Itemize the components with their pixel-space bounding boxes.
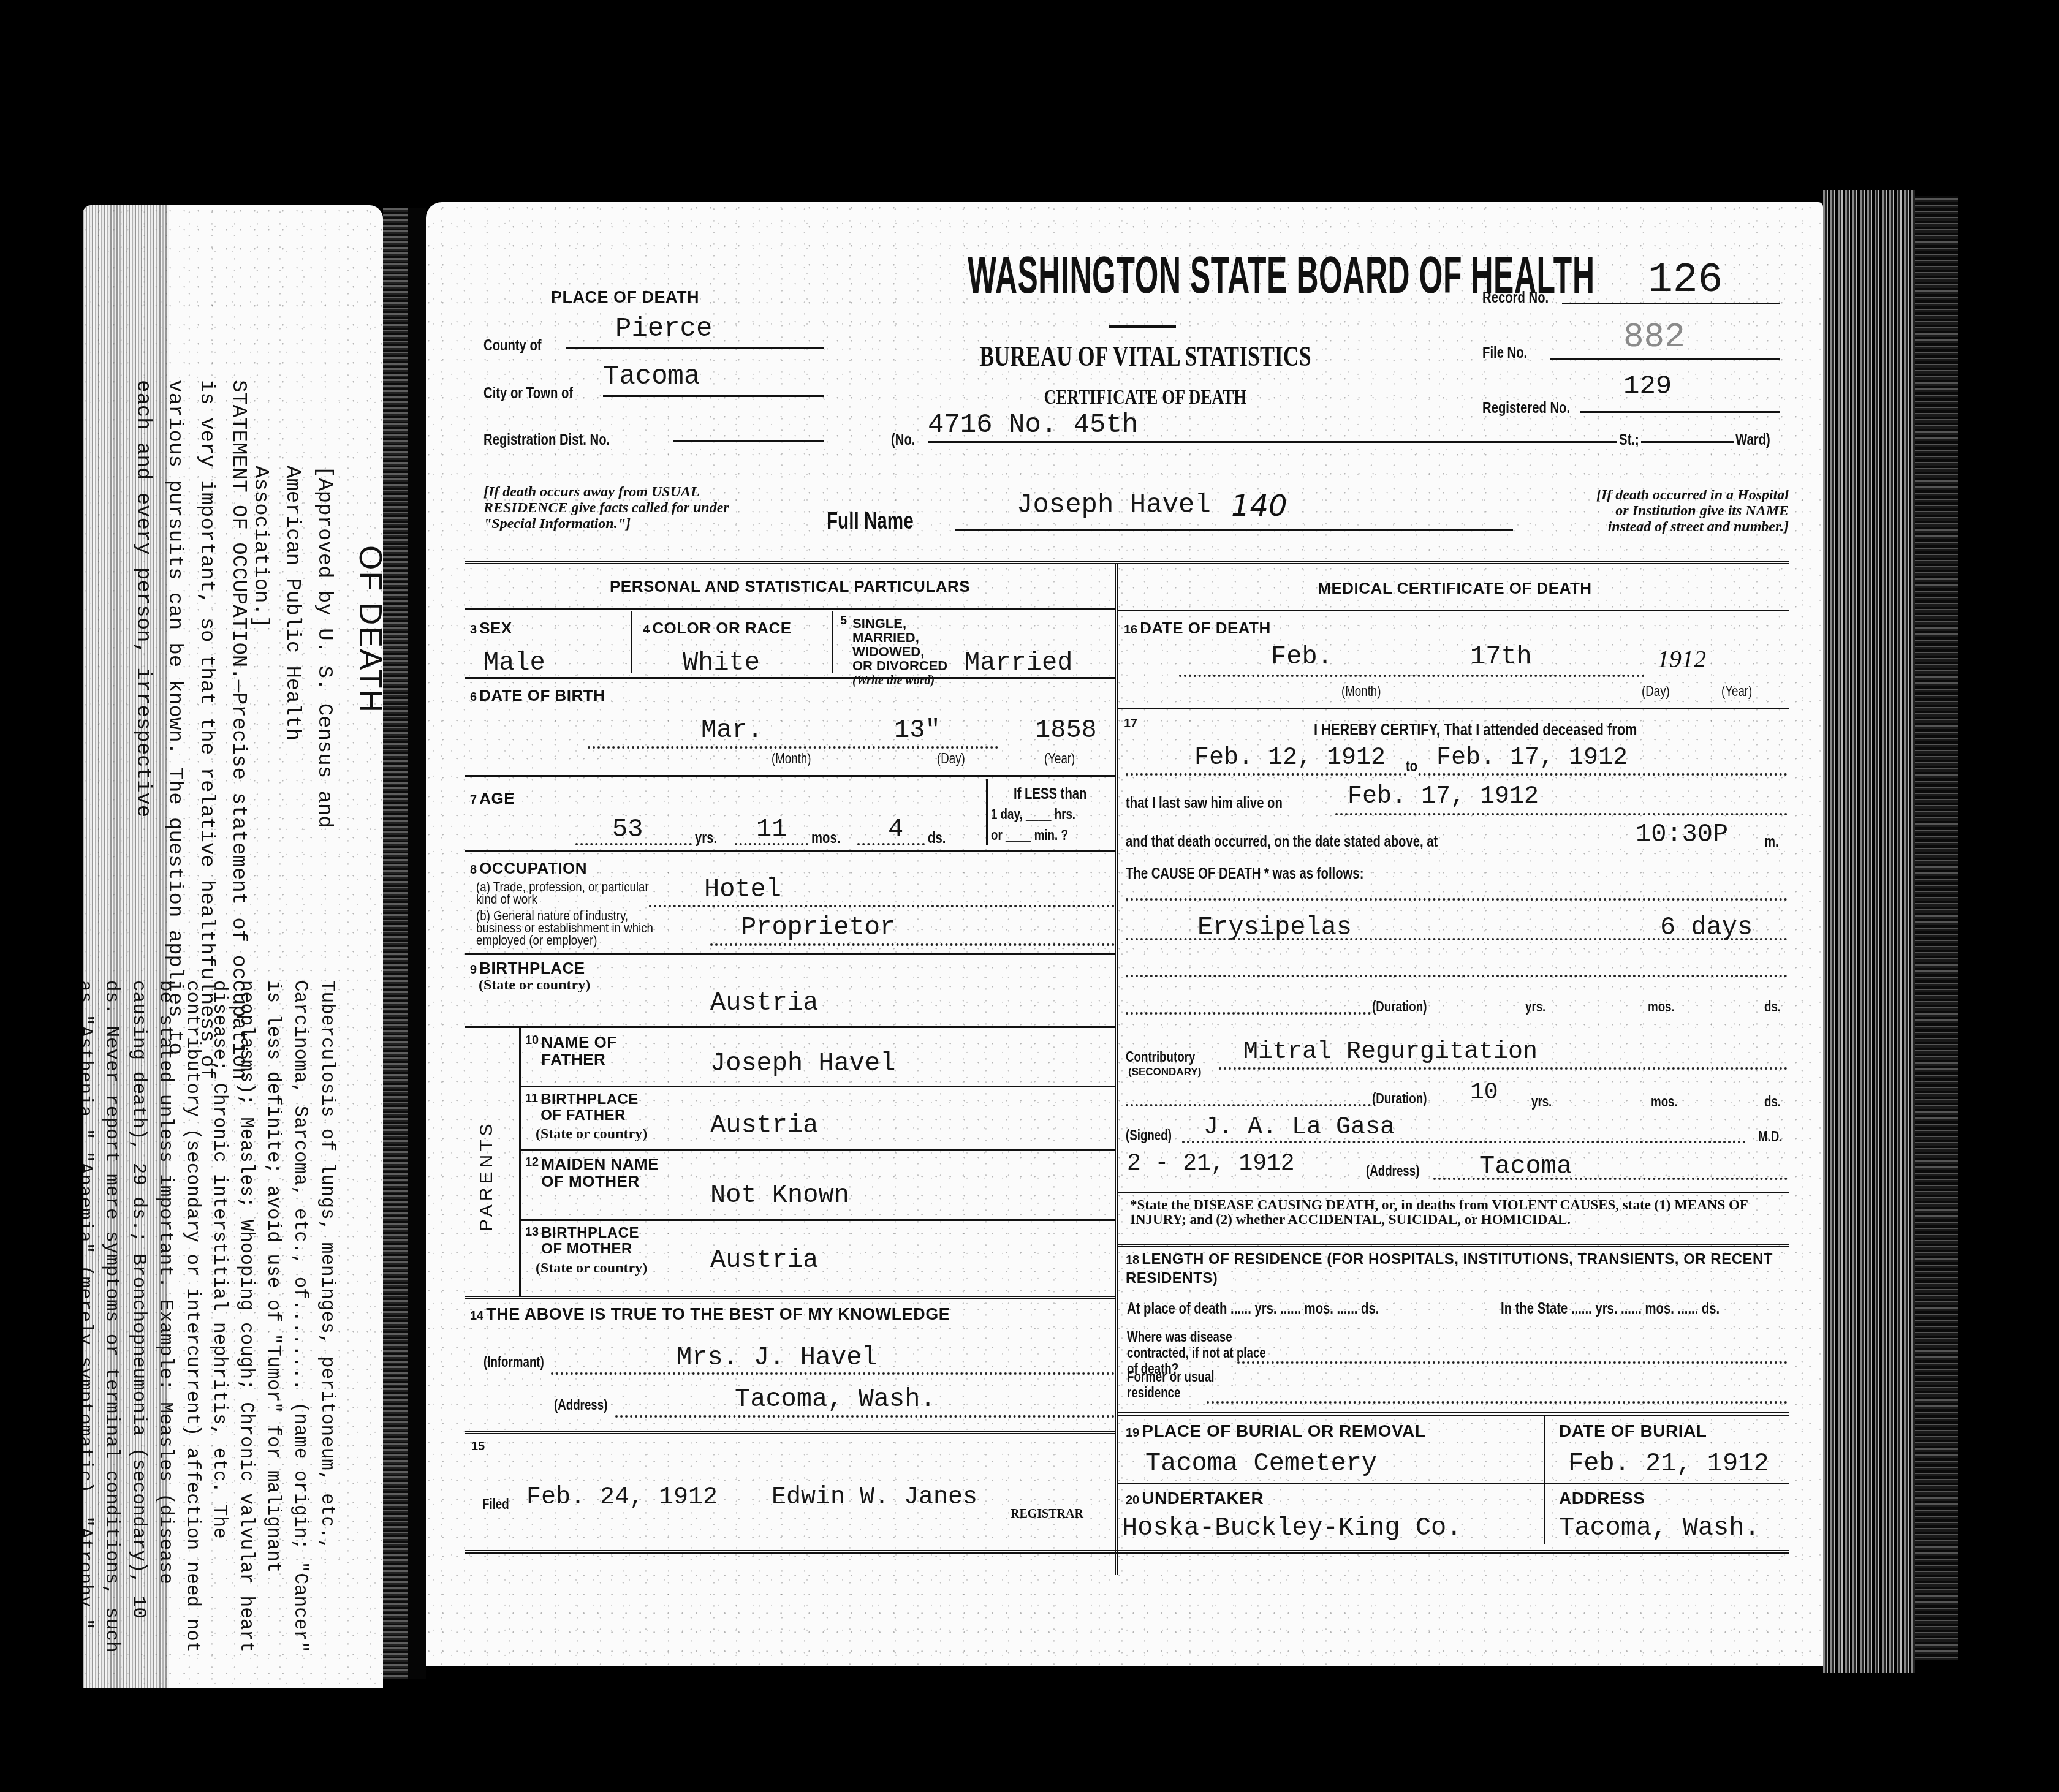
street-value: 4716 No. 45th: [928, 410, 1138, 440]
occupation-label: OCCUPATION: [479, 859, 587, 877]
rule: [1118, 610, 1789, 611]
file-value: 882: [1623, 317, 1685, 357]
death-month-caption: (Month): [1341, 683, 1381, 700]
hospital-note: [If death occurred in a Hospital or Inst…: [1587, 487, 1789, 535]
cause-footnote: *State the DISEASE CAUSING DEATH, or, in…: [1130, 1198, 1786, 1227]
rule: [465, 775, 1115, 777]
city-field: Tacoma: [603, 366, 824, 397]
field-number: 17: [1124, 717, 1137, 731]
field-number: 15: [471, 1440, 485, 1454]
county-label: County of: [483, 336, 542, 355]
burial-label: PLACE OF BURIAL OR REMOVAL: [1142, 1421, 1425, 1440]
rule: [465, 1431, 1115, 1434]
street-suffix: St.;: [1617, 430, 1641, 449]
mother-birthplace-value: Austria: [710, 1246, 818, 1275]
residence-label: LENGTH OF RESIDENCE (FOR HOSPITALS, INST…: [1126, 1251, 1773, 1287]
place-of-death-heading: PLACE OF DEATH: [551, 288, 699, 307]
burial-date: Feb. 21, 1912: [1568, 1449, 1769, 1478]
duration-ds-2: ds.: [1764, 1094, 1781, 1111]
rule: [631, 611, 632, 673]
rule: [1544, 1415, 1545, 1544]
occupation-box: 8 OCCUPATION: [470, 859, 587, 878]
cause-line-3: [1126, 971, 1788, 977]
mos-label: mos.: [811, 828, 840, 847]
ds-label: ds.: [928, 828, 946, 847]
primary-cause: Erysipelas: [1197, 913, 1352, 942]
street-prefix: (No.: [891, 430, 915, 449]
mother-birthplace-sub: (State or country): [536, 1260, 647, 1277]
undertaker-address-label: ADDRESS: [1559, 1489, 1645, 1508]
yrs-label: yrs.: [695, 828, 717, 847]
marital-value: Married: [965, 648, 1072, 678]
full-name-value: Joseph Havel: [1017, 490, 1211, 521]
cause-line-1: [1126, 894, 1788, 901]
signed-suffix: M.D.: [1758, 1129, 1783, 1146]
reg-dist-field: [673, 417, 824, 442]
duration-line-2: [1126, 1091, 1371, 1106]
birthplace-label: BIRTHPLACE: [479, 959, 585, 977]
title-rule: [1109, 325, 1176, 328]
field-number: 16: [1124, 623, 1137, 637]
duration-mos: mos.: [1648, 999, 1675, 1016]
gutter-texture: [383, 208, 408, 1679]
county-field: Pierce: [566, 319, 824, 349]
residence-in-state: In the State ...... yrs. ...... mos. ...…: [1501, 1299, 1720, 1318]
primary-duration: 6 days: [1660, 913, 1753, 942]
left-instruction-strip: OF DEATH [Approved by U. S. Census and A…: [83, 205, 383, 1688]
undertaker-box: 20 UNDERTAKER: [1126, 1489, 1264, 1508]
field-number: 4: [643, 623, 650, 637]
death-date-line: [1179, 652, 1645, 677]
death-time: 10:30P: [1636, 820, 1728, 849]
page-stack-edge: [1823, 190, 1915, 1673]
occupation-a-label: (a) Trade, profession, or particular kin…: [476, 881, 653, 905]
residence-at-place: At place of death ...... yrs. ...... mos…: [1127, 1299, 1379, 1318]
rule: [519, 1026, 521, 1296]
record-value: 126: [1648, 257, 1723, 304]
death-month: Feb.: [1271, 642, 1333, 671]
rule: [986, 779, 988, 845]
full-name-field: Joseph Havel 140: [955, 491, 1513, 531]
filed-label: Filed: [482, 1496, 509, 1513]
center-divider: [1115, 564, 1118, 1575]
less-than-title: If LESS than: [1014, 784, 1086, 803]
personal-heading: PERSONAL AND STATISTICAL PARTICULARS: [465, 577, 1115, 596]
city-value: Tacoma: [603, 361, 700, 392]
county-value: Pierce: [615, 314, 712, 344]
away-residence-note: [If death occurs away from USUAL RESIDEN…: [483, 484, 735, 532]
dob-month-caption: (Month): [772, 750, 811, 768]
death-date-label: DATE OF DEATH: [1140, 619, 1271, 637]
time-label: and that death occurred, on the date sta…: [1126, 832, 1438, 851]
informant-box: 14 THE ABOVE IS TRUE TO THE BEST OF MY K…: [470, 1305, 950, 1324]
cause-label: The CAUSE OF DEATH * was as follows:: [1126, 864, 1363, 883]
bureau-title: BUREAU OF VITAL STATISTICS: [906, 340, 1384, 372]
dob-day: 13": [894, 716, 941, 745]
field-number: 18: [1126, 1253, 1139, 1267]
rule: [1118, 1192, 1789, 1193]
duration-label: (Duration): [1372, 999, 1427, 1016]
board-title: WASHINGTON STATE BOARD OF HEALTH: [968, 245, 1323, 306]
certificate-form: PLACE OF DEATH County of Pierce City or …: [463, 202, 1786, 1605]
rule: [519, 1149, 1115, 1151]
death-year: 1912: [1657, 645, 1706, 673]
bottom-divider: [465, 1550, 1789, 1554]
informant-label: (Informant): [483, 1354, 544, 1371]
contributory-sub: (SECONDARY): [1128, 1066, 1201, 1078]
field-number: 10: [525, 1034, 539, 1047]
rotated-instructions: OF DEATH [Approved by U. S. Census and A…: [89, 227, 377, 1666]
undertaker-label: UNDERTAKER: [1142, 1489, 1264, 1508]
age-years: 53: [612, 815, 643, 844]
signed-label: (Signed): [1126, 1127, 1172, 1144]
marital-label-2: MARRIED,: [852, 630, 947, 645]
certify-intro: I HEREBY CERTIFY, That I attended deceas…: [1314, 720, 1637, 739]
age-box: 7 AGE: [470, 789, 515, 808]
occupation-statement: STATEMENT OF OCCUPATION.—Precise stateme…: [127, 380, 254, 1084]
dob-year: 1858: [1035, 716, 1097, 745]
duration-line: [1126, 999, 1371, 1015]
parents-label: PARENTS: [476, 1121, 497, 1231]
ward-suffix: Ward): [1734, 430, 1772, 449]
mother-birthplace-label: BIRTHPLACE OF MOTHER: [541, 1225, 664, 1257]
father-birthplace-value: Austria: [710, 1111, 818, 1140]
informant-address-label: (Address): [554, 1397, 607, 1414]
rule: [465, 677, 1115, 679]
certificate-page: PLACE OF DEATH County of Pierce City or …: [426, 202, 1823, 1666]
last-seen-label: that I last saw him alive on: [1126, 793, 1283, 812]
record-label: Record No.: [1482, 288, 1549, 307]
duration-mos-2: mos.: [1651, 1094, 1678, 1111]
duration-label-2: (Duration): [1372, 1091, 1427, 1108]
death-year-caption: (Year): [1721, 683, 1752, 700]
medical-heading: MEDICAL CERTIFICATE OF DEATH: [1121, 579, 1789, 598]
field-number: 13: [525, 1225, 539, 1239]
occupation-b-label: (b) General nature of industry, business…: [476, 910, 664, 947]
field-number: 14: [470, 1309, 483, 1323]
duration-yrs: yrs.: [1525, 999, 1545, 1016]
last-seen-date: Feb. 17, 1912: [1348, 783, 1539, 811]
mother-name-value: Not Known: [710, 1181, 849, 1210]
full-name-label: Full Name: [827, 508, 914, 535]
race-box: 4 COLOR OR RACE: [643, 619, 792, 638]
contributory-duration-years: 10: [1470, 1079, 1498, 1106]
birthplace-value: Austria: [710, 988, 818, 1018]
dob-label: DATE OF BIRTH: [479, 686, 605, 705]
rule: [1118, 1483, 1789, 1484]
burial-place: Tacoma Cemetery: [1145, 1449, 1377, 1478]
registered-field: 129: [1580, 374, 1780, 413]
signed-address-label: (Address): [1366, 1163, 1419, 1180]
cause-instructions: Tuberculosis of lungs, meninges, periton…: [83, 980, 340, 1654]
sex-value: Male: [483, 648, 545, 678]
occupation-b-value: Proprietor: [741, 913, 895, 942]
duration-ds: ds.: [1764, 999, 1781, 1016]
field-number: 5: [840, 614, 847, 627]
death-date-box: 16 DATE OF DEATH: [1124, 619, 1271, 638]
dob-day-caption: (Day): [937, 750, 965, 768]
signed-address: Tacoma: [1479, 1152, 1572, 1181]
rule: [465, 953, 1115, 955]
header-divider: [465, 561, 1789, 564]
undertaker-name: Hoska-Buckley-King Co.: [1122, 1513, 1462, 1543]
to-label: to: [1406, 757, 1417, 776]
rule: [465, 1026, 1115, 1028]
age-days: 4: [888, 815, 903, 844]
rule: [465, 608, 1115, 610]
field-number: 11: [525, 1092, 538, 1105]
approved-note: [Approved by U. S. Census and American P…: [245, 466, 340, 894]
record-field: 126: [1562, 260, 1780, 304]
informant-heading: THE ABOVE IS TRUE TO THE BEST OF MY KNOW…: [486, 1305, 950, 1323]
death-day-caption: (Day): [1642, 683, 1670, 700]
father-birthplace-sub: (State or country): [536, 1126, 647, 1143]
race-value: White: [683, 648, 760, 678]
race-label: COLOR OR RACE: [652, 619, 792, 637]
registrar-label: REGISTRAR: [1011, 1507, 1083, 1521]
death-day: 17th: [1470, 642, 1532, 671]
age-months: 11: [756, 815, 787, 844]
registered-label: Registered No.: [1482, 398, 1570, 417]
birthplace-sub: (State or country): [479, 977, 590, 994]
filed-date: Feb. 24, 1912: [526, 1484, 718, 1511]
father-birthplace-label: BIRTHPLACE OF FATHER: [540, 1092, 663, 1124]
occupation-a-value: Hotel: [704, 875, 781, 904]
father-name-value: Joseph Havel: [710, 1049, 895, 1078]
mother-birthplace-box: 13 BIRTHPLACE OF MOTHER: [525, 1225, 664, 1257]
field-number: 7: [470, 793, 477, 807]
reg-dist-label: Registration Dist. No.: [483, 430, 610, 449]
field-number: 8: [470, 863, 477, 877]
contracted-line: [1237, 1348, 1788, 1364]
dob-year-caption: (Year): [1044, 750, 1075, 768]
marital-label-4: OR DIVORCED: [852, 659, 947, 673]
registrar-name: Edwin W. Janes: [772, 1484, 977, 1511]
father-name-label: NAME OF FATHER: [541, 1034, 651, 1068]
rule: [832, 611, 833, 673]
strip-heading: OF DEATH: [354, 545, 383, 714]
birthplace-box: 9 BIRTHPLACE: [470, 959, 585, 978]
rule: [519, 1086, 1115, 1087]
rule: [1118, 708, 1789, 709]
attended-from: Feb. 12, 1912: [1194, 744, 1386, 772]
age-label: AGE: [479, 789, 515, 807]
signed-date: 2 - 21, 1912: [1127, 1151, 1295, 1177]
undertaker-address: Tacoma, Wash.: [1559, 1513, 1760, 1543]
burial-box: 19 PLACE OF BURIAL OR REMOVAL: [1126, 1421, 1425, 1441]
less-than-hours: 1 day, ____ hrs.: [991, 806, 1075, 823]
certificate-title: CERTIFICATE OF DEATH: [900, 386, 1390, 409]
less-than-min: or ____ min. ?: [991, 827, 1068, 844]
mother-name-box: 12 MAIDEN NAME OF MOTHER: [525, 1155, 664, 1190]
field-number: 19: [1126, 1426, 1139, 1440]
signed-value: J. A. La Gasa: [1204, 1114, 1395, 1141]
book-cover-edge: [1915, 196, 1958, 1660]
marital-label-1: SINGLE,: [852, 616, 947, 630]
rule: [519, 1219, 1115, 1221]
duration-yrs-2: yrs.: [1531, 1094, 1552, 1111]
rule: [465, 850, 1115, 852]
mother-name-label: MAIDEN NAME OF MOTHER: [541, 1155, 664, 1190]
residence-box: 18 LENGTH OF RESIDENCE (FOR HOSPITALS, I…: [1126, 1251, 1788, 1289]
field-number: 3: [470, 623, 477, 637]
rule: [1118, 1412, 1789, 1416]
registered-value: 129: [1623, 371, 1672, 402]
rule: [465, 1296, 1115, 1299]
field-number: 20: [1126, 1494, 1139, 1507]
handwritten-annotation: 140: [1231, 489, 1287, 523]
marital-hint: (Write the word): [852, 673, 947, 689]
field-number: 12: [525, 1155, 539, 1169]
sex-label: SEX: [479, 619, 512, 637]
burial-date-label: DATE OF BURIAL: [1559, 1421, 1707, 1441]
time-suffix: m.: [1764, 832, 1779, 851]
contributory-value: Mitral Regurgitation: [1243, 1038, 1538, 1066]
marital-label-3: WIDOWED,: [852, 645, 947, 659]
attended-to: Feb. 17, 1912: [1436, 744, 1628, 772]
field-number: 6: [470, 690, 477, 704]
file-field: 882: [1550, 319, 1780, 360]
dob-box: 6 DATE OF BIRTH: [470, 686, 605, 705]
rule: [1118, 1244, 1789, 1247]
contributory-label: Contributory: [1126, 1049, 1195, 1066]
former-line: [1207, 1388, 1788, 1404]
father-name-box: 10 NAME OF FATHER: [525, 1034, 651, 1068]
dob-month: Mar.: [701, 716, 763, 745]
field-number: 9: [470, 963, 477, 977]
father-birthplace-box: 11 BIRTHPLACE OF FATHER: [525, 1092, 663, 1124]
city-label: City or Town of: [483, 384, 573, 403]
informant-address: Tacoma, Wash.: [735, 1385, 936, 1414]
informant-value: Mrs. J. Havel: [677, 1343, 878, 1372]
sex-box: 3 SEX: [470, 619, 512, 638]
file-label: File No.: [1482, 343, 1527, 362]
